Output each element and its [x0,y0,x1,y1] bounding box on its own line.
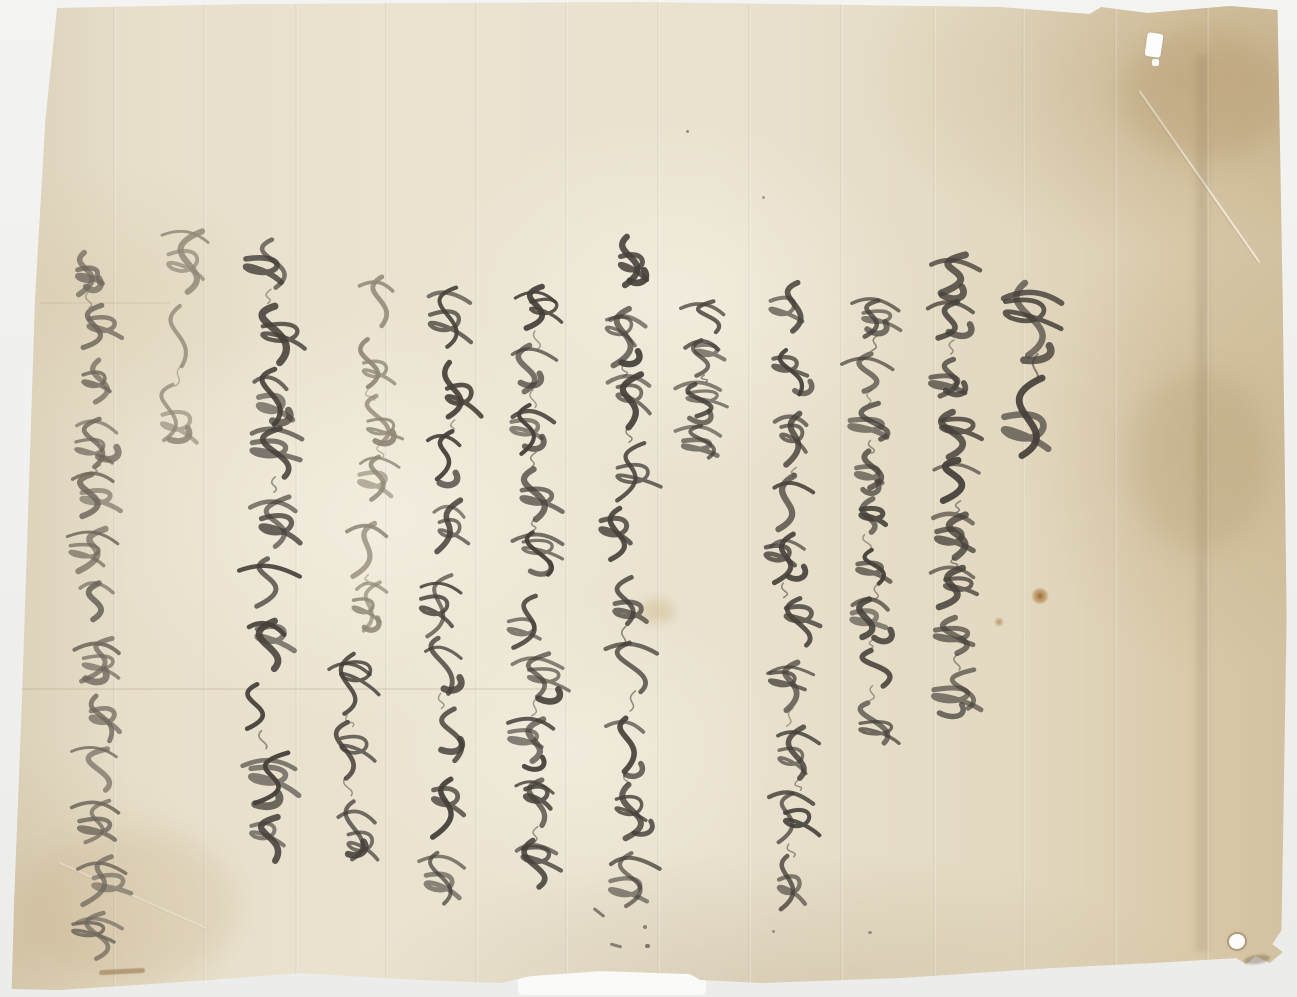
ink-fleck [593,907,606,918]
manuscript-paper [0,0,1297,997]
paper-speck [762,196,765,199]
paper-speck [686,130,689,133]
dirty-fold-band [1192,55,1212,952]
horizontal-crease [20,688,560,690]
fold-crease [203,0,206,997]
foxing-stain [1031,588,1049,604]
fold-crease [840,0,843,997]
fold-crease [475,0,478,997]
paper-chip [1144,32,1163,58]
photo-scene [0,0,1297,997]
horizontal-crease [40,302,170,304]
fold-crease [385,0,388,997]
tan-wash-stain [20,830,240,980]
fold-crease [933,0,936,997]
fold-crease [295,0,298,997]
fold-crease [748,0,751,997]
brown-smear [99,968,145,975]
paper-speck [643,925,647,929]
fold-crease [1114,0,1117,997]
fold-crease [1022,0,1025,997]
fold-crease [657,0,660,997]
paper-speck [868,931,872,934]
ink-fleck [645,944,650,948]
diagonal-crease [59,862,206,929]
paper-speck [772,930,775,933]
fold-crease [113,0,116,997]
paper-chip-small [1152,59,1159,66]
ink-fleck [610,942,622,948]
foxing-stain [993,617,1005,627]
fold-crease [565,0,568,997]
